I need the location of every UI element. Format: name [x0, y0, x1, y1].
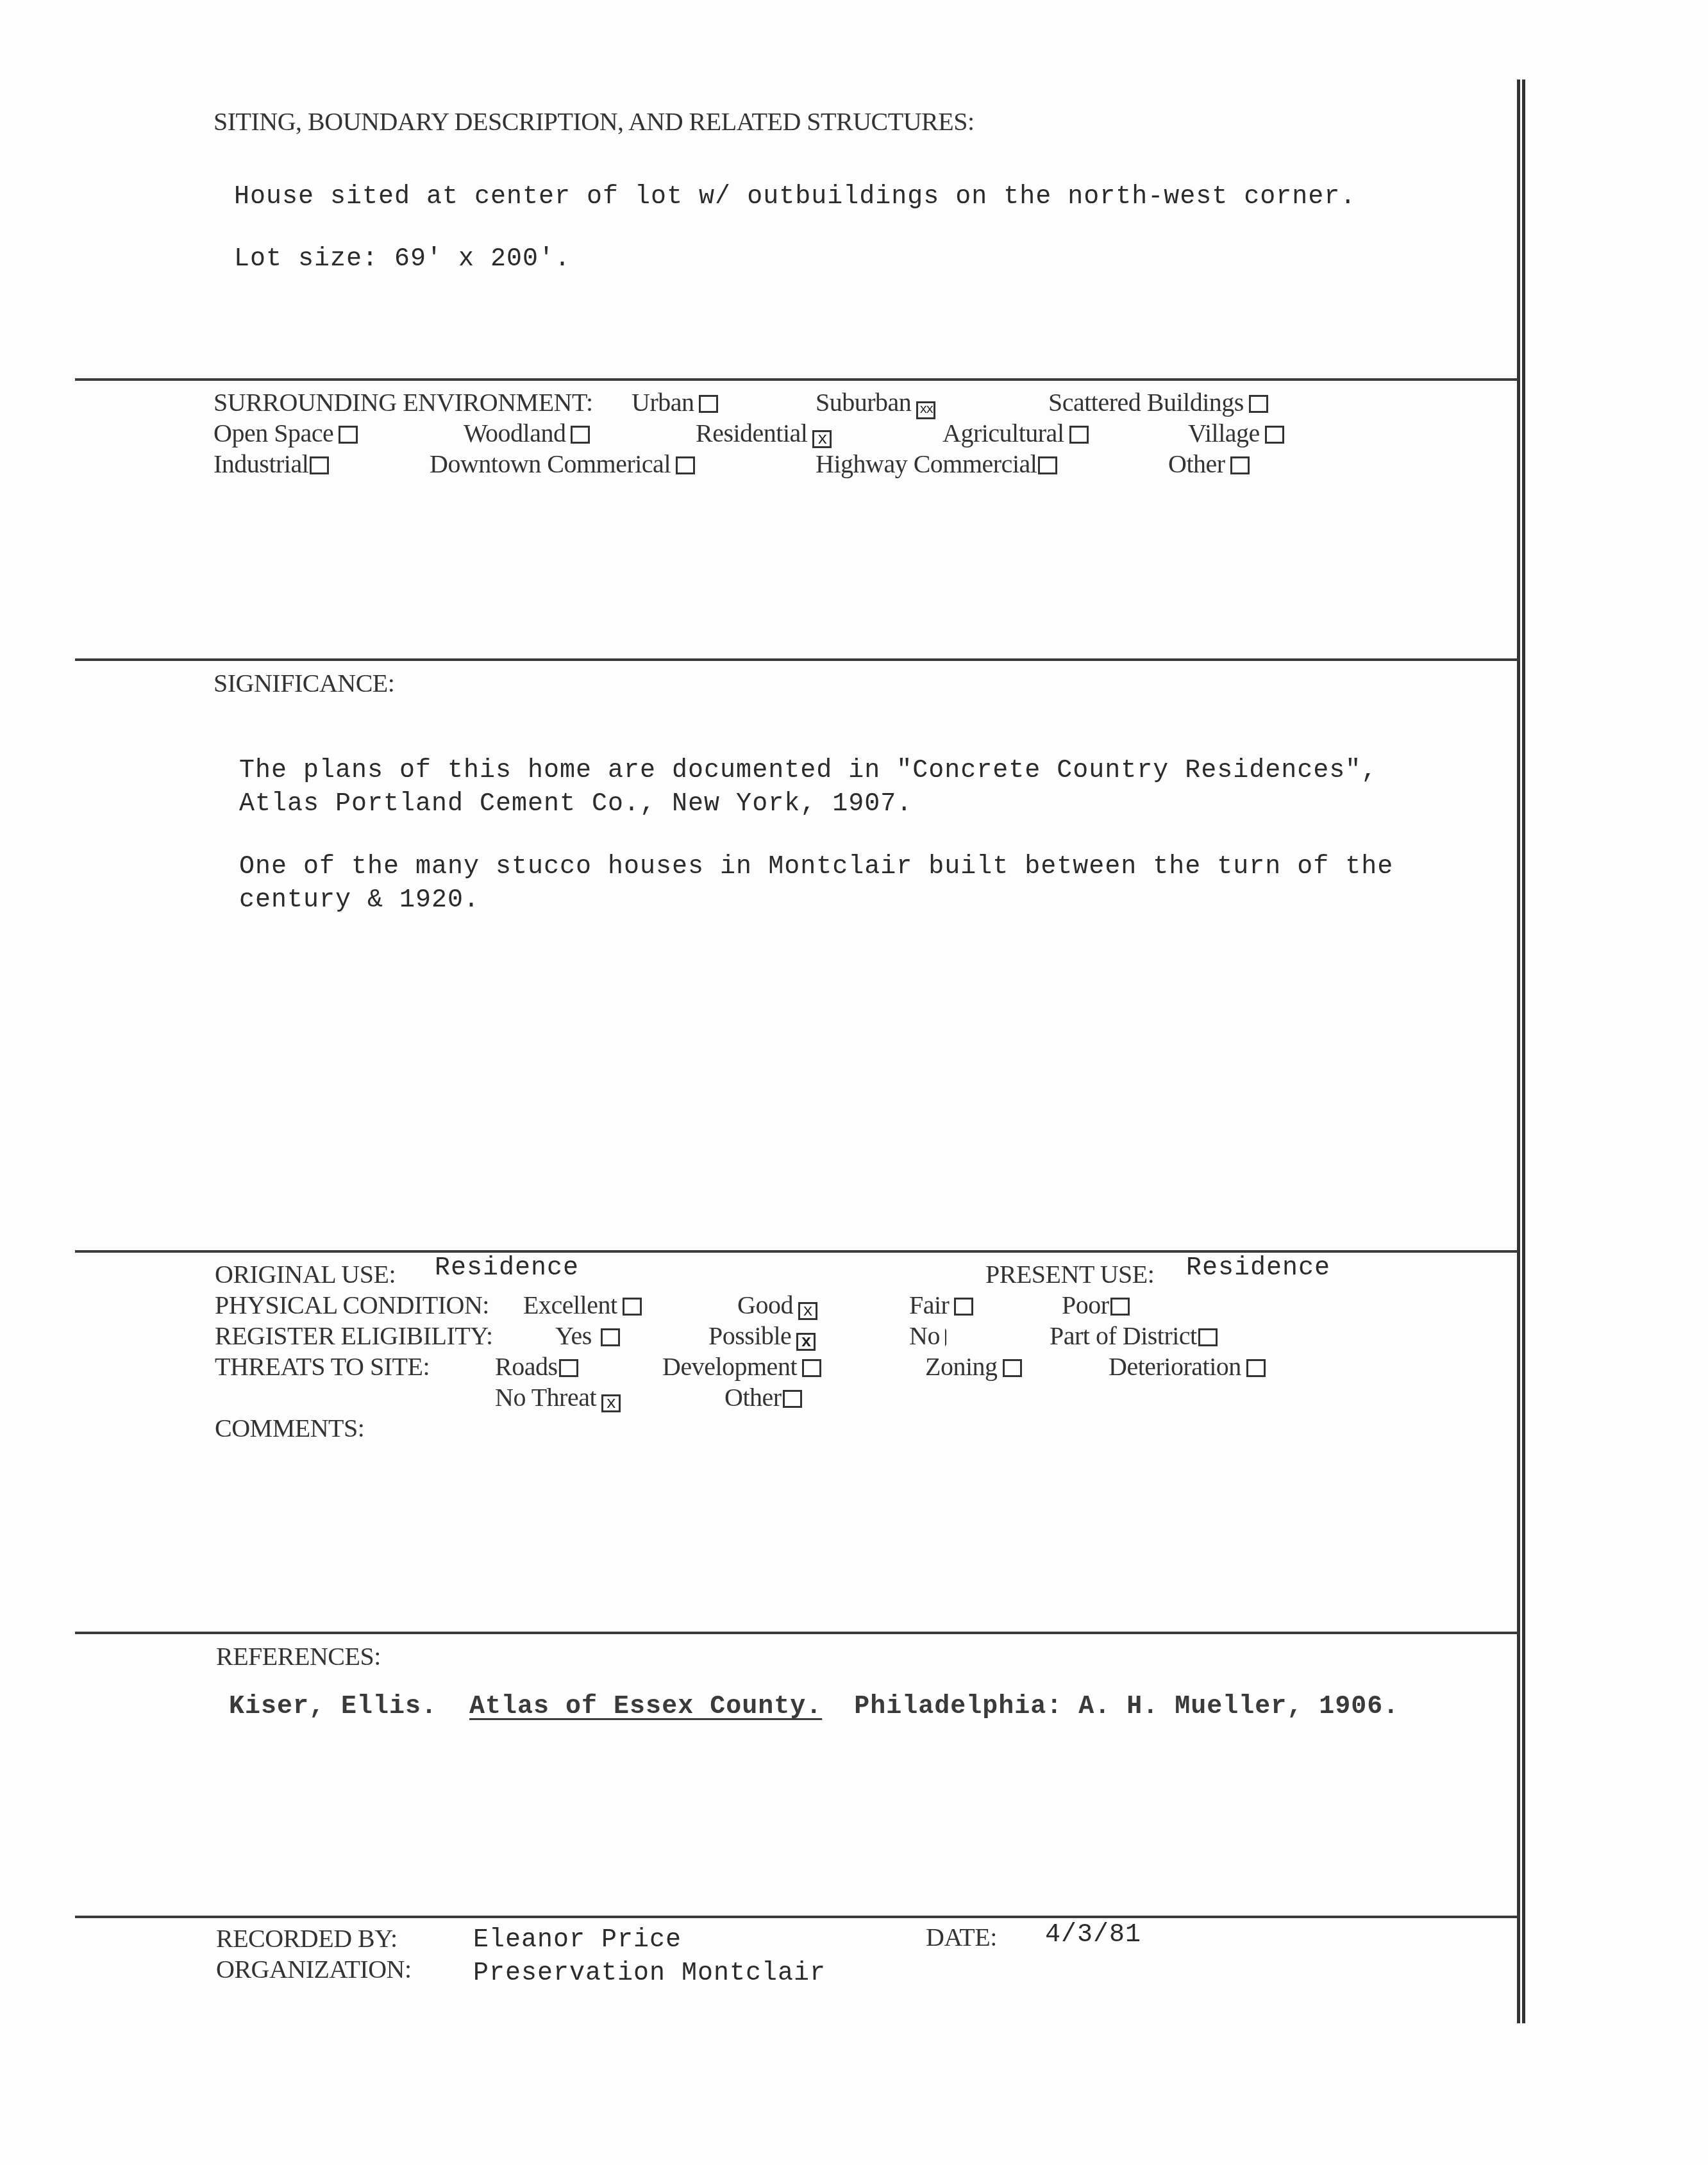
surrounding-environment-heading: SURROUNDING ENVIRONMENT:: [213, 387, 593, 417]
scattered-buildings-checkbox[interactable]: [1249, 395, 1268, 413]
condition-excellent[interactable]: Excellent: [523, 1290, 642, 1320]
option-residential[interactable]: Residentialx: [696, 418, 832, 448]
condition-good[interactable]: Goodx: [737, 1290, 817, 1320]
option-label: Highway Commercial: [816, 449, 1037, 478]
lot-size: Lot size: 69' x 200'.: [234, 245, 571, 274]
option-label: No Threat: [495, 1383, 596, 1412]
section-divider: [75, 1632, 1519, 1634]
good-checkbox[interactable]: x: [798, 1302, 817, 1320]
condition-poor[interactable]: Poor: [1062, 1290, 1130, 1320]
significance-para1-line2: Atlas Portland Cement Co., New York, 190…: [239, 790, 912, 819]
original-use-value: Residence: [435, 1254, 579, 1283]
option-label: Other: [724, 1383, 782, 1412]
part-of-district-checkbox[interactable]: [1198, 1328, 1218, 1346]
option-label: Open Space: [213, 419, 333, 447]
organization-value: Preservation Montclair: [473, 1959, 826, 1988]
eligibility-no[interactable]: No: [909, 1321, 964, 1351]
other-environment-checkbox[interactable]: [1230, 456, 1250, 474]
poor-checkbox[interactable]: [1110, 1298, 1130, 1316]
option-label: Downtown Commerical: [430, 449, 671, 478]
zoning-checkbox[interactable]: [1003, 1359, 1022, 1377]
survey-form-page: SITING, BOUNDARY DESCRIPTION, AND RELATE…: [0, 0, 1708, 2165]
residential-checkbox[interactable]: x: [812, 430, 832, 448]
suburban-checkbox[interactable]: xx: [916, 401, 935, 419]
threat-other[interactable]: Other: [724, 1382, 802, 1412]
industrial-checkbox[interactable]: [310, 456, 329, 474]
physical-condition-label: PHYSICAL CONDITION:: [215, 1290, 489, 1320]
comments-label: COMMENTS:: [215, 1413, 364, 1443]
option-label: Fair: [909, 1291, 949, 1319]
option-scattered-buildings[interactable]: Scattered Buildings: [1048, 387, 1268, 417]
option-label: No: [909, 1321, 940, 1350]
agricultural-checkbox[interactable]: [1069, 426, 1089, 444]
option-open-space[interactable]: Open Space: [213, 418, 358, 448]
section-divider: [75, 1916, 1519, 1918]
eligibility-possible[interactable]: Possiblex: [708, 1321, 816, 1351]
references-heading: REFERENCES:: [216, 1641, 381, 1671]
option-label: Development: [662, 1352, 797, 1381]
date-value: 4/3/81: [1045, 1921, 1141, 1950]
option-label: Poor: [1062, 1291, 1109, 1319]
threat-no-threat[interactable]: No Threatx: [495, 1382, 621, 1412]
option-label: Other: [1168, 449, 1225, 478]
right-border-line-2: [1522, 79, 1525, 2023]
threat-zoning[interactable]: Zoning: [925, 1351, 1022, 1382]
option-label: Roads: [495, 1352, 558, 1381]
yes-checkbox[interactable]: [601, 1328, 620, 1346]
threat-development[interactable]: Development: [662, 1351, 821, 1382]
fair-checkbox[interactable]: [954, 1298, 973, 1316]
eligibility-part-of-district[interactable]: Part of District: [1050, 1321, 1218, 1351]
option-label: Scattered Buildings: [1048, 388, 1244, 417]
option-label: Possible: [708, 1321, 791, 1350]
option-label: Industrial: [213, 449, 308, 478]
reference-publisher: Philadelphia: A. H. Mueller, 1906.: [854, 1693, 1399, 1721]
option-agricultural[interactable]: Agricultural: [942, 418, 1089, 448]
reference-entry: Kiser, Ellis. Atlas of Essex County. Phi…: [229, 1693, 1399, 1721]
open-space-checkbox[interactable]: [339, 426, 358, 444]
threats-label: THREATS TO SITE:: [215, 1351, 430, 1382]
option-label: Urban: [632, 388, 694, 417]
woodland-checkbox[interactable]: [571, 426, 590, 444]
highway-commercial-checkbox[interactable]: [1038, 456, 1057, 474]
register-eligibility-label: REGISTER ELIGIBILITY:: [215, 1321, 493, 1351]
section-divider: [75, 658, 1519, 661]
option-suburban[interactable]: Suburbanxx: [816, 387, 935, 419]
organization-label: ORGANIZATION:: [216, 1954, 412, 1984]
option-downtown-commercial[interactable]: Downtown Commerical: [430, 449, 695, 479]
other-threat-checkbox[interactable]: [783, 1390, 802, 1408]
option-label: Part of District: [1050, 1321, 1197, 1350]
downtown-commercial-checkbox[interactable]: [676, 456, 695, 474]
option-label: Suburban: [816, 388, 911, 417]
option-label: Excellent: [523, 1291, 617, 1319]
comments-field[interactable]: [359, 1413, 1449, 1605]
date-label: DATE:: [926, 1922, 997, 1952]
village-checkbox[interactable]: [1265, 426, 1284, 444]
threat-deterioration[interactable]: Deterioration: [1109, 1351, 1266, 1382]
option-urban[interactable]: Urban: [632, 387, 718, 417]
development-checkbox[interactable]: [802, 1359, 821, 1377]
section-divider: [75, 378, 1519, 381]
urban-checkbox[interactable]: [699, 395, 718, 413]
no-checkbox[interactable]: [945, 1328, 964, 1346]
option-other-environment[interactable]: Other: [1168, 449, 1250, 479]
reference-author: Kiser, Ellis.: [229, 1693, 437, 1721]
original-use-label: ORIGINAL USE:: [215, 1259, 396, 1289]
recorded-by-label: RECORDED BY:: [216, 1923, 398, 1953]
option-village[interactable]: Village: [1188, 418, 1284, 448]
reference-title: Atlas of Essex County.: [469, 1693, 822, 1721]
option-label: Residential: [696, 419, 807, 447]
option-highway-commercial[interactable]: Highway Commercial: [816, 449, 1057, 479]
option-label: Agricultural: [942, 419, 1064, 447]
roads-checkbox[interactable]: [559, 1359, 578, 1377]
threat-roads[interactable]: Roads: [495, 1351, 578, 1382]
significance-para1-line1: The plans of this home are documented in…: [239, 756, 1377, 785]
option-label: Deterioration: [1109, 1352, 1241, 1381]
recorded-by-value: Eleanor Price: [473, 1926, 682, 1955]
option-label: Yes: [555, 1321, 592, 1350]
present-use-value: Residence: [1186, 1254, 1330, 1283]
no-threat-checkbox[interactable]: x: [601, 1394, 621, 1412]
option-label: Village: [1188, 419, 1260, 447]
possible-checkbox[interactable]: x: [796, 1333, 816, 1351]
right-border-line-1: [1517, 79, 1520, 2023]
condition-fair[interactable]: Fair: [909, 1290, 973, 1320]
option-industrial[interactable]: Industrial: [213, 449, 329, 479]
significance-para2-line1: One of the many stucco houses in Montcla…: [239, 853, 1393, 882]
option-woodland[interactable]: Woodland: [464, 418, 590, 448]
option-label: Good: [737, 1291, 793, 1319]
deterioration-checkbox[interactable]: [1246, 1359, 1266, 1377]
option-label: Zoning: [925, 1352, 998, 1381]
eligibility-yes[interactable]: Yes: [555, 1321, 620, 1351]
excellent-checkbox[interactable]: [623, 1298, 642, 1316]
section-divider: [75, 1250, 1519, 1253]
present-use-label: PRESENT USE:: [985, 1259, 1154, 1289]
siting-heading: SITING, BOUNDARY DESCRIPTION, AND RELATE…: [213, 106, 975, 137]
siting-description: House sited at center of lot w/ outbuild…: [234, 183, 1356, 212]
significance-heading: SIGNIFICANCE:: [213, 668, 394, 698]
option-label: Woodland: [464, 419, 565, 447]
significance-para2-line2: century & 1920.: [239, 886, 480, 915]
